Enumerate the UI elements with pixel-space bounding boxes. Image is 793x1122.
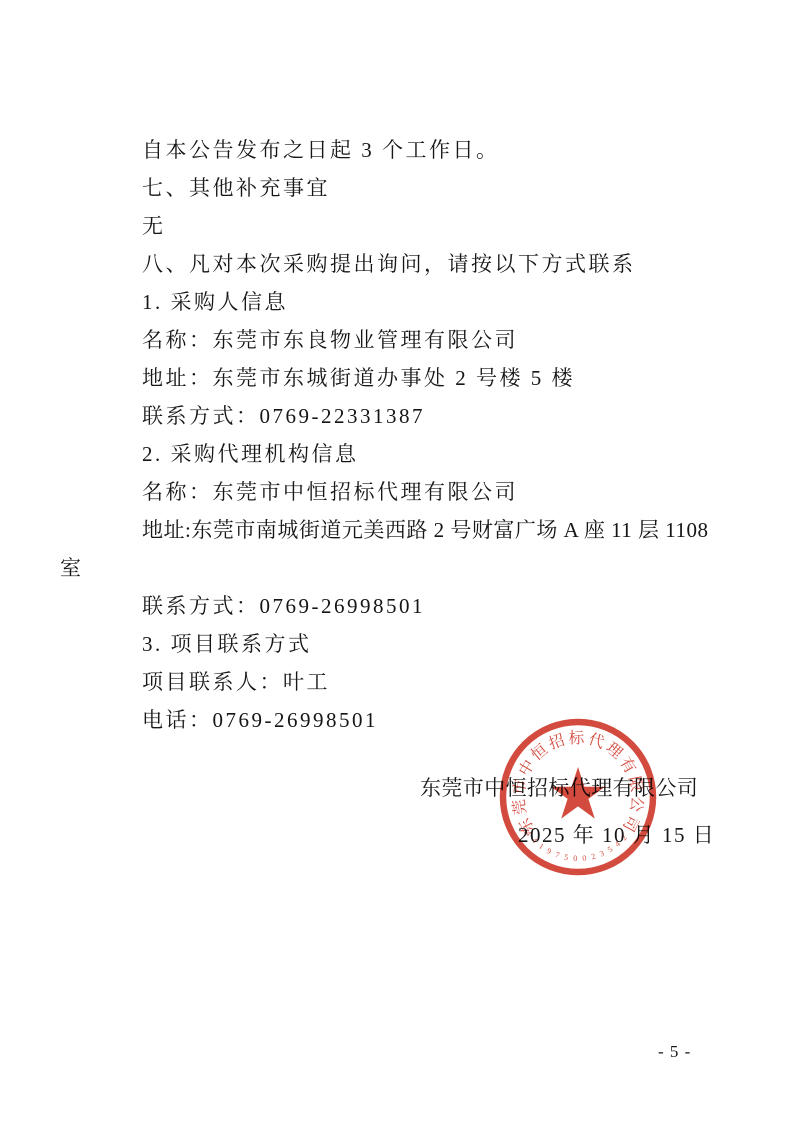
body-line-section-eight-heading: 八、凡对本次采购提出询问，请按以下方式联系 xyxy=(60,245,738,283)
body-line-project-contact-person: 项目联系人：叶工 xyxy=(60,663,738,701)
body-line-section-seven-heading: 七、其他补充事宜 xyxy=(60,169,738,207)
page-number: - 5 - xyxy=(658,1042,691,1062)
seal-star-icon xyxy=(551,767,605,819)
body-line-project-contact-heading: 3. 项目联系方式 xyxy=(60,625,738,663)
body-line: 无 xyxy=(60,207,738,245)
company-seal-stamp: 东莞市中恒招标代理有限公司 4419750023542 xyxy=(498,717,658,877)
body-line-purchaser-name: 名称：东莞市东良物业管理有限公司 xyxy=(60,321,738,359)
body-line-agency-info-heading: 2. 采购代理机构信息 xyxy=(60,435,738,473)
document-page: 自本公告发布之日起 3 个工作日。 七、其他补充事宜 无 八、凡对本次采购提出询… xyxy=(0,0,793,1122)
body-line-agency-address-wrap: 室 xyxy=(60,549,738,587)
body-line-purchaser-info-heading: 1. 采购人信息 xyxy=(60,283,738,321)
document-body: 自本公告发布之日起 3 个工作日。 七、其他补充事宜 无 八、凡对本次采购提出询… xyxy=(60,131,738,739)
body-line-agency-phone: 联系方式：0769-26998501 xyxy=(60,587,738,625)
body-line-purchaser-address: 地址：东莞市东城街道办事处 2 号楼 5 楼 xyxy=(60,359,738,397)
body-line-purchaser-phone: 联系方式：0769-22331387 xyxy=(60,397,738,435)
body-line-agency-address: 地址:东莞市南城街道元美西路 2 号财富广场 A 座 11 层 1108 xyxy=(60,511,738,549)
body-line-agency-name: 名称：东莞市中恒招标代理有限公司 xyxy=(60,473,738,511)
body-line: 自本公告发布之日起 3 个工作日。 xyxy=(60,131,738,169)
